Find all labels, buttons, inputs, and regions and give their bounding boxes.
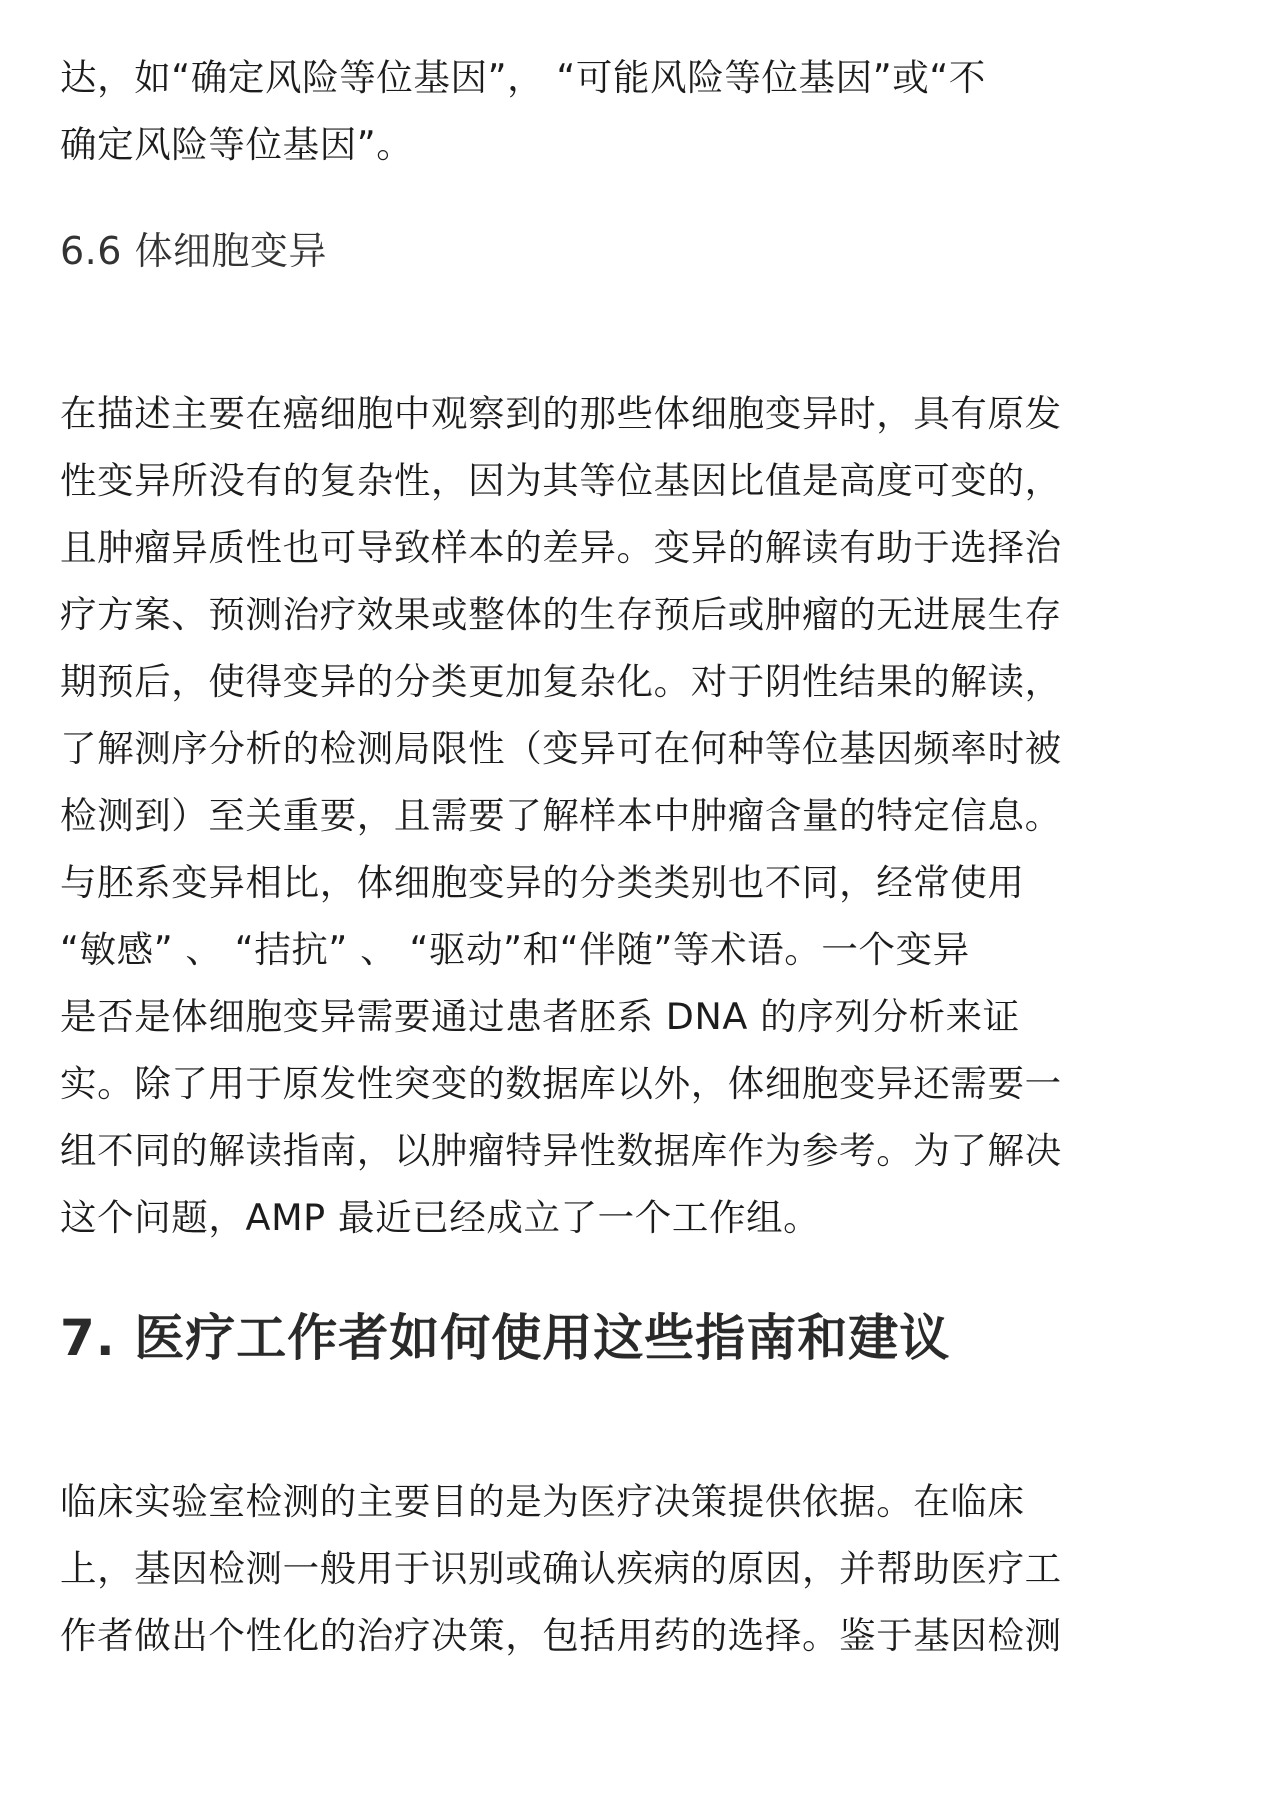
paragraph-line: 了解测序分析的检测局限性（变异可在何种等位基因频率时被	[60, 727, 1062, 771]
paragraph-line: 实。除了用于原发性突变的数据库以外，体细胞变异还需要一	[60, 1062, 1062, 1106]
section-heading-7: 7. 医疗工作者如何使用这些指南和建议	[60, 1308, 950, 1368]
paragraph-line: 是否是体细胞变异需要通过患者胚系 DNA 的序列分析来证	[60, 995, 1020, 1039]
paragraph-line: 与胚系变异相比，体细胞变异的分类类别也不同，经常使用	[60, 861, 1025, 905]
paragraph-line: “敏感” 、 “拮抗” 、 “驱动”和“伴随”等术语。一个变异	[60, 928, 970, 972]
paragraph-line: 组不同的解读指南，以肿瘤特异性数据库作为参考。为了解决	[60, 1129, 1062, 1173]
paragraph-line: 这个问题，AMP 最近已经成立了一个工作组。	[60, 1196, 820, 1240]
paragraph-line: 临床实验室检测的主要目的是为医疗决策提供依据。在临床	[60, 1480, 1025, 1524]
section-heading-6-6: 6.6 体细胞变异	[60, 228, 327, 274]
paragraph-line: 上，基因检测一般用于识别或确认疾病的原因，并帮助医疗工	[60, 1547, 1062, 1591]
paragraph-line: 性变异所没有的复杂性，因为其等位基因比值是高度可变的，	[60, 459, 1062, 503]
paragraph-line: 且肿瘤异质性也可导致样本的差异。变异的解读有助于选择治	[60, 526, 1062, 570]
paragraph-line: 检测到）至关重要，且需要了解样本中肿瘤含量的特定信息。	[60, 794, 1062, 838]
paragraph-line: 达，如“确定风险等位基因”， “可能风险等位基因”或“不	[60, 56, 986, 100]
paragraph-line: 在描述主要在癌细胞中观察到的那些体细胞变异时，具有原发	[60, 392, 1062, 436]
paragraph-line: 作者做出个性化的治疗决策，包括用药的选择。鉴于基因检测	[60, 1614, 1062, 1658]
paragraph-line: 疗方案、预测治疗效果或整体的生存预后或肿瘤的无进展生存	[60, 593, 1062, 637]
paragraph-line: 确定风险等位基因”。	[60, 123, 413, 167]
paragraph-line: 期预后，使得变异的分类更加复杂化。对于阴性结果的解读，	[60, 660, 1062, 704]
